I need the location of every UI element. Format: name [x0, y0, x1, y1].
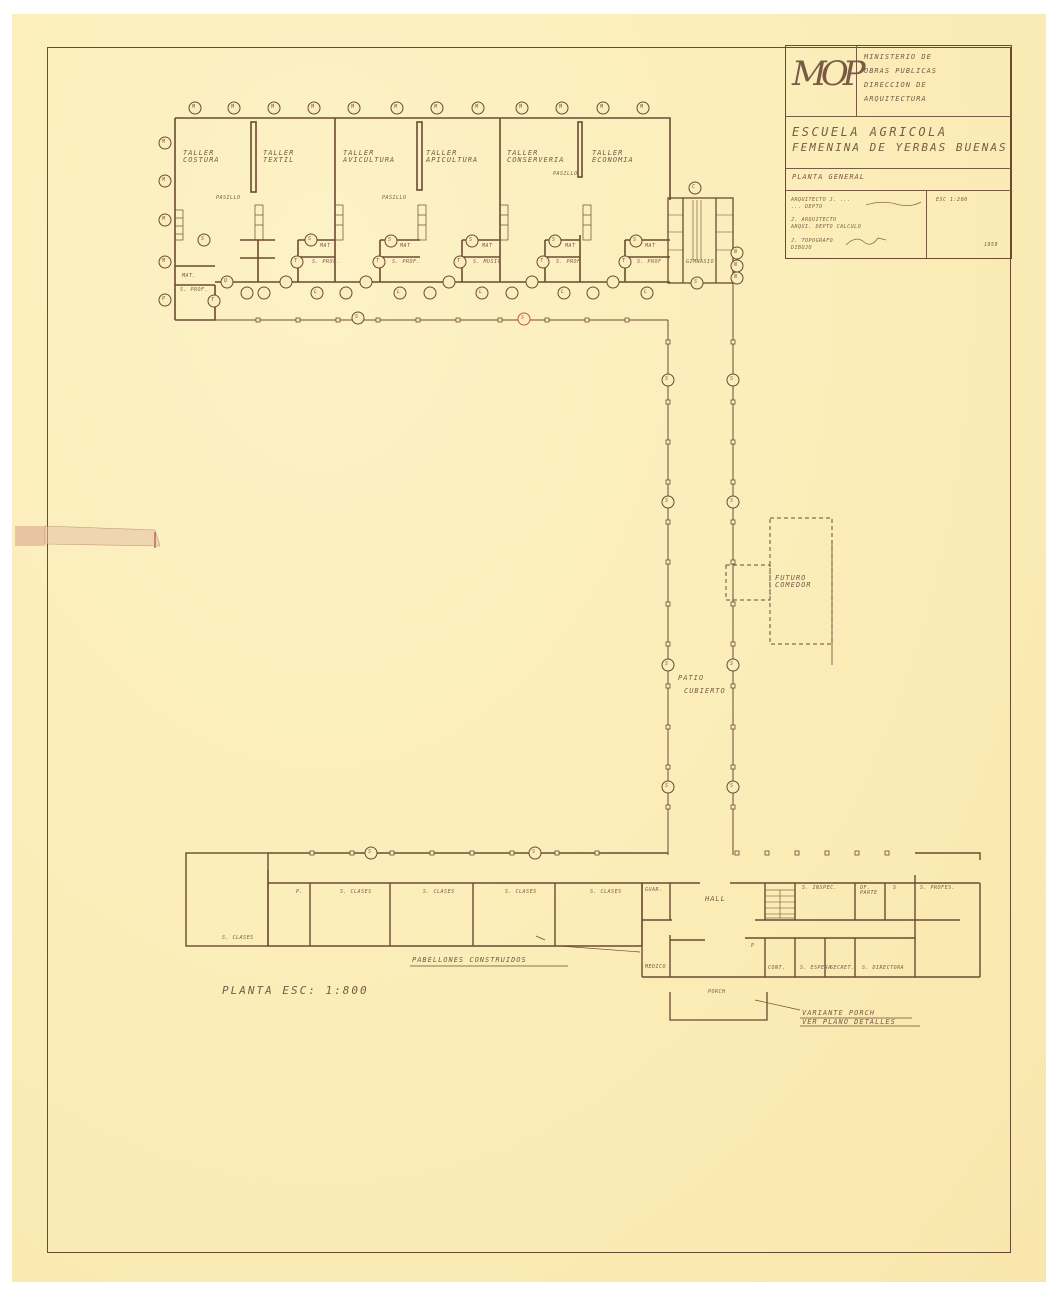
room-s-directora: S. DIRECTORA — [862, 966, 904, 971]
symbol-m: M — [434, 105, 438, 110]
symbol-s: S — [730, 377, 734, 382]
note-variante-porch: VARIANTE PORCH — [802, 1010, 875, 1017]
symbol-s: S — [665, 784, 669, 789]
symbol-n: N — [734, 250, 738, 255]
symbol-m: M — [475, 105, 479, 110]
gymnasium-block — [668, 198, 733, 283]
room-s-prof: S. PROF. — [392, 260, 420, 265]
symbol-m: M — [192, 105, 196, 110]
room-s-prof: S. PROF. — [180, 288, 208, 293]
symbol-t: T — [294, 259, 298, 264]
room-s-clases: S. CLASES — [340, 890, 372, 895]
admin-wing — [642, 853, 980, 977]
room-taller-costura: TALLER COSTURA — [183, 150, 243, 164]
room-s-clases: S. CLASES — [222, 936, 254, 941]
symbol-m: M — [311, 105, 315, 110]
symbol-s: S — [552, 238, 556, 243]
symbol-s: S — [730, 499, 734, 504]
symbol-s: S — [532, 850, 536, 855]
symbol-s: S — [201, 237, 205, 242]
symbol-l: L — [644, 290, 648, 295]
room-s: S — [893, 886, 897, 891]
symbol-l: L — [561, 290, 565, 295]
room-mat: MAT — [482, 244, 493, 249]
stairs — [175, 205, 591, 240]
room-taller-avicultura: TALLER AVICULTURA — [343, 150, 403, 164]
plan-caption: PLANTA ESC: 1:800 — [222, 985, 369, 996]
room-s-clases: S. CLASES — [423, 890, 455, 895]
symbol-t: T — [540, 259, 544, 264]
symbol-s: S — [521, 316, 525, 321]
room-s-music: S. MUSIC — [473, 260, 501, 265]
symbol-m: M — [519, 105, 523, 110]
covered-walkway — [215, 283, 735, 855]
label-pabellones-construidos: PABELLONES CONSTRUIDOS — [412, 957, 527, 964]
ministry-line-2: OBRAS PUBLICAS — [864, 68, 937, 75]
symbol-m: M — [394, 105, 398, 110]
symbol-t: T — [376, 259, 380, 264]
symbol-t: T — [622, 259, 626, 264]
room-medico: MEDICO — [645, 965, 666, 970]
note-ver-plano: VER PLANO DETALLES — [802, 1019, 896, 1026]
symbol-s: S — [730, 784, 734, 789]
room-s-profes: S. PROFES. — [920, 886, 955, 891]
symbol-m: M — [600, 105, 604, 110]
room-cont: CONT. — [768, 966, 786, 971]
symbol-m: M — [162, 140, 166, 145]
project-title-line-2: FEMENINA DE YERBAS BUENAS — [792, 142, 1008, 153]
ministry-line-3: DIRECCION DE — [864, 82, 927, 89]
symbol-s: S — [368, 850, 372, 855]
symbol-m: M — [271, 105, 275, 110]
title-block: MOP MINISTERIO DE OBRAS PUBLICAS DIRECCI… — [785, 45, 1012, 259]
label-pasillo: PASILLO — [553, 172, 578, 177]
symbol-s: S — [665, 499, 669, 504]
label-cubierto: CUBIERTO — [684, 688, 726, 695]
room-secret: SECRET. — [830, 966, 855, 971]
symbol-l: L — [314, 290, 318, 295]
symbol-s: S — [665, 662, 669, 667]
label-futuro-comedor: FUTURO COMEDOR — [775, 575, 825, 589]
year-value: 1959 — [984, 243, 998, 248]
symbol-m: M — [162, 178, 166, 183]
project-title-line-1: ESCUELA AGRICOLA — [792, 126, 948, 138]
symbol-s: S — [355, 315, 359, 320]
room-porch: PORCH — [708, 990, 726, 995]
symbol-l: L — [479, 290, 483, 295]
symbol-circles — [159, 102, 743, 859]
room-taller-conserveria: TALLER CONSERVERIA — [507, 150, 577, 164]
symbol-l: L — [397, 290, 401, 295]
room-mat: MAT — [320, 244, 331, 249]
room-gimnasio: GIMNASIO — [686, 260, 714, 265]
room-p: P — [751, 944, 755, 949]
symbol-s: S — [730, 662, 734, 667]
symbol-p: P — [162, 297, 166, 302]
room-taller-apicultura: TALLER APICULTURA — [426, 150, 486, 164]
symbol-t: T — [457, 259, 461, 264]
porch — [536, 936, 800, 1020]
room-taller-economia: TALLER ECONOMIA — [592, 150, 652, 164]
symbol-m: M — [351, 105, 355, 110]
symbol-s: S — [633, 238, 637, 243]
ministry-line-4: ARQUITECTURA — [864, 96, 927, 103]
label-pasillo: PASILLO — [216, 196, 241, 201]
room-s-clases: S. CLASES — [505, 890, 537, 895]
sheet-title: PLANTA GENERAL — [792, 174, 865, 181]
symbol-m: M — [640, 105, 644, 110]
label-pasillo: PASILLO — [382, 196, 407, 201]
symbol-m: M — [231, 105, 235, 110]
room-mat: MAT — [645, 244, 656, 249]
room-s-inspec: S. INSPEC. — [802, 886, 837, 891]
symbol-s: S — [665, 377, 669, 382]
symbol-n: N — [734, 275, 738, 280]
room-s-prof: S. PROF — [556, 260, 581, 265]
room-mat: MAT. — [182, 274, 196, 279]
room-of-parte: OF. PARTE — [860, 886, 882, 896]
symbol-s: S — [308, 237, 312, 242]
room-s-clases: S. CLASES — [590, 890, 622, 895]
symbol-s: S — [469, 238, 473, 243]
room-s-prof: S. PROF — [637, 260, 662, 265]
admin-stairs — [765, 890, 795, 918]
symbol-m: M — [162, 217, 166, 222]
symbol-q: Q — [224, 279, 228, 284]
room-mat: MAT — [400, 244, 411, 249]
signatures — [786, 190, 926, 260]
symbol-c: C — [692, 185, 696, 190]
symbol-t: T — [211, 298, 215, 303]
room-p: P. — [296, 890, 303, 895]
ministry-line-1: MINISTERIO DE — [864, 54, 932, 61]
room-hall: HALL — [705, 896, 726, 903]
symbol-m: M — [162, 259, 166, 264]
symbol-n: N — [734, 263, 738, 268]
scale-value: ESC 1:200 — [936, 198, 968, 203]
room-taller-textil: TALLER TEXTIL — [263, 150, 323, 164]
symbol-s: S — [388, 238, 392, 243]
symbol-s: S — [694, 280, 698, 285]
classroom-wing — [186, 853, 668, 946]
room-s-espera: S. ESPERA — [800, 966, 832, 971]
room-s-prof: S. PROF. — [312, 260, 340, 265]
room-mat: MAT — [565, 244, 576, 249]
title-block-divider — [926, 190, 927, 258]
room-guardia: GUAR. — [645, 888, 663, 893]
symbol-m: M — [559, 105, 563, 110]
label-patio: PATIO — [678, 675, 704, 682]
